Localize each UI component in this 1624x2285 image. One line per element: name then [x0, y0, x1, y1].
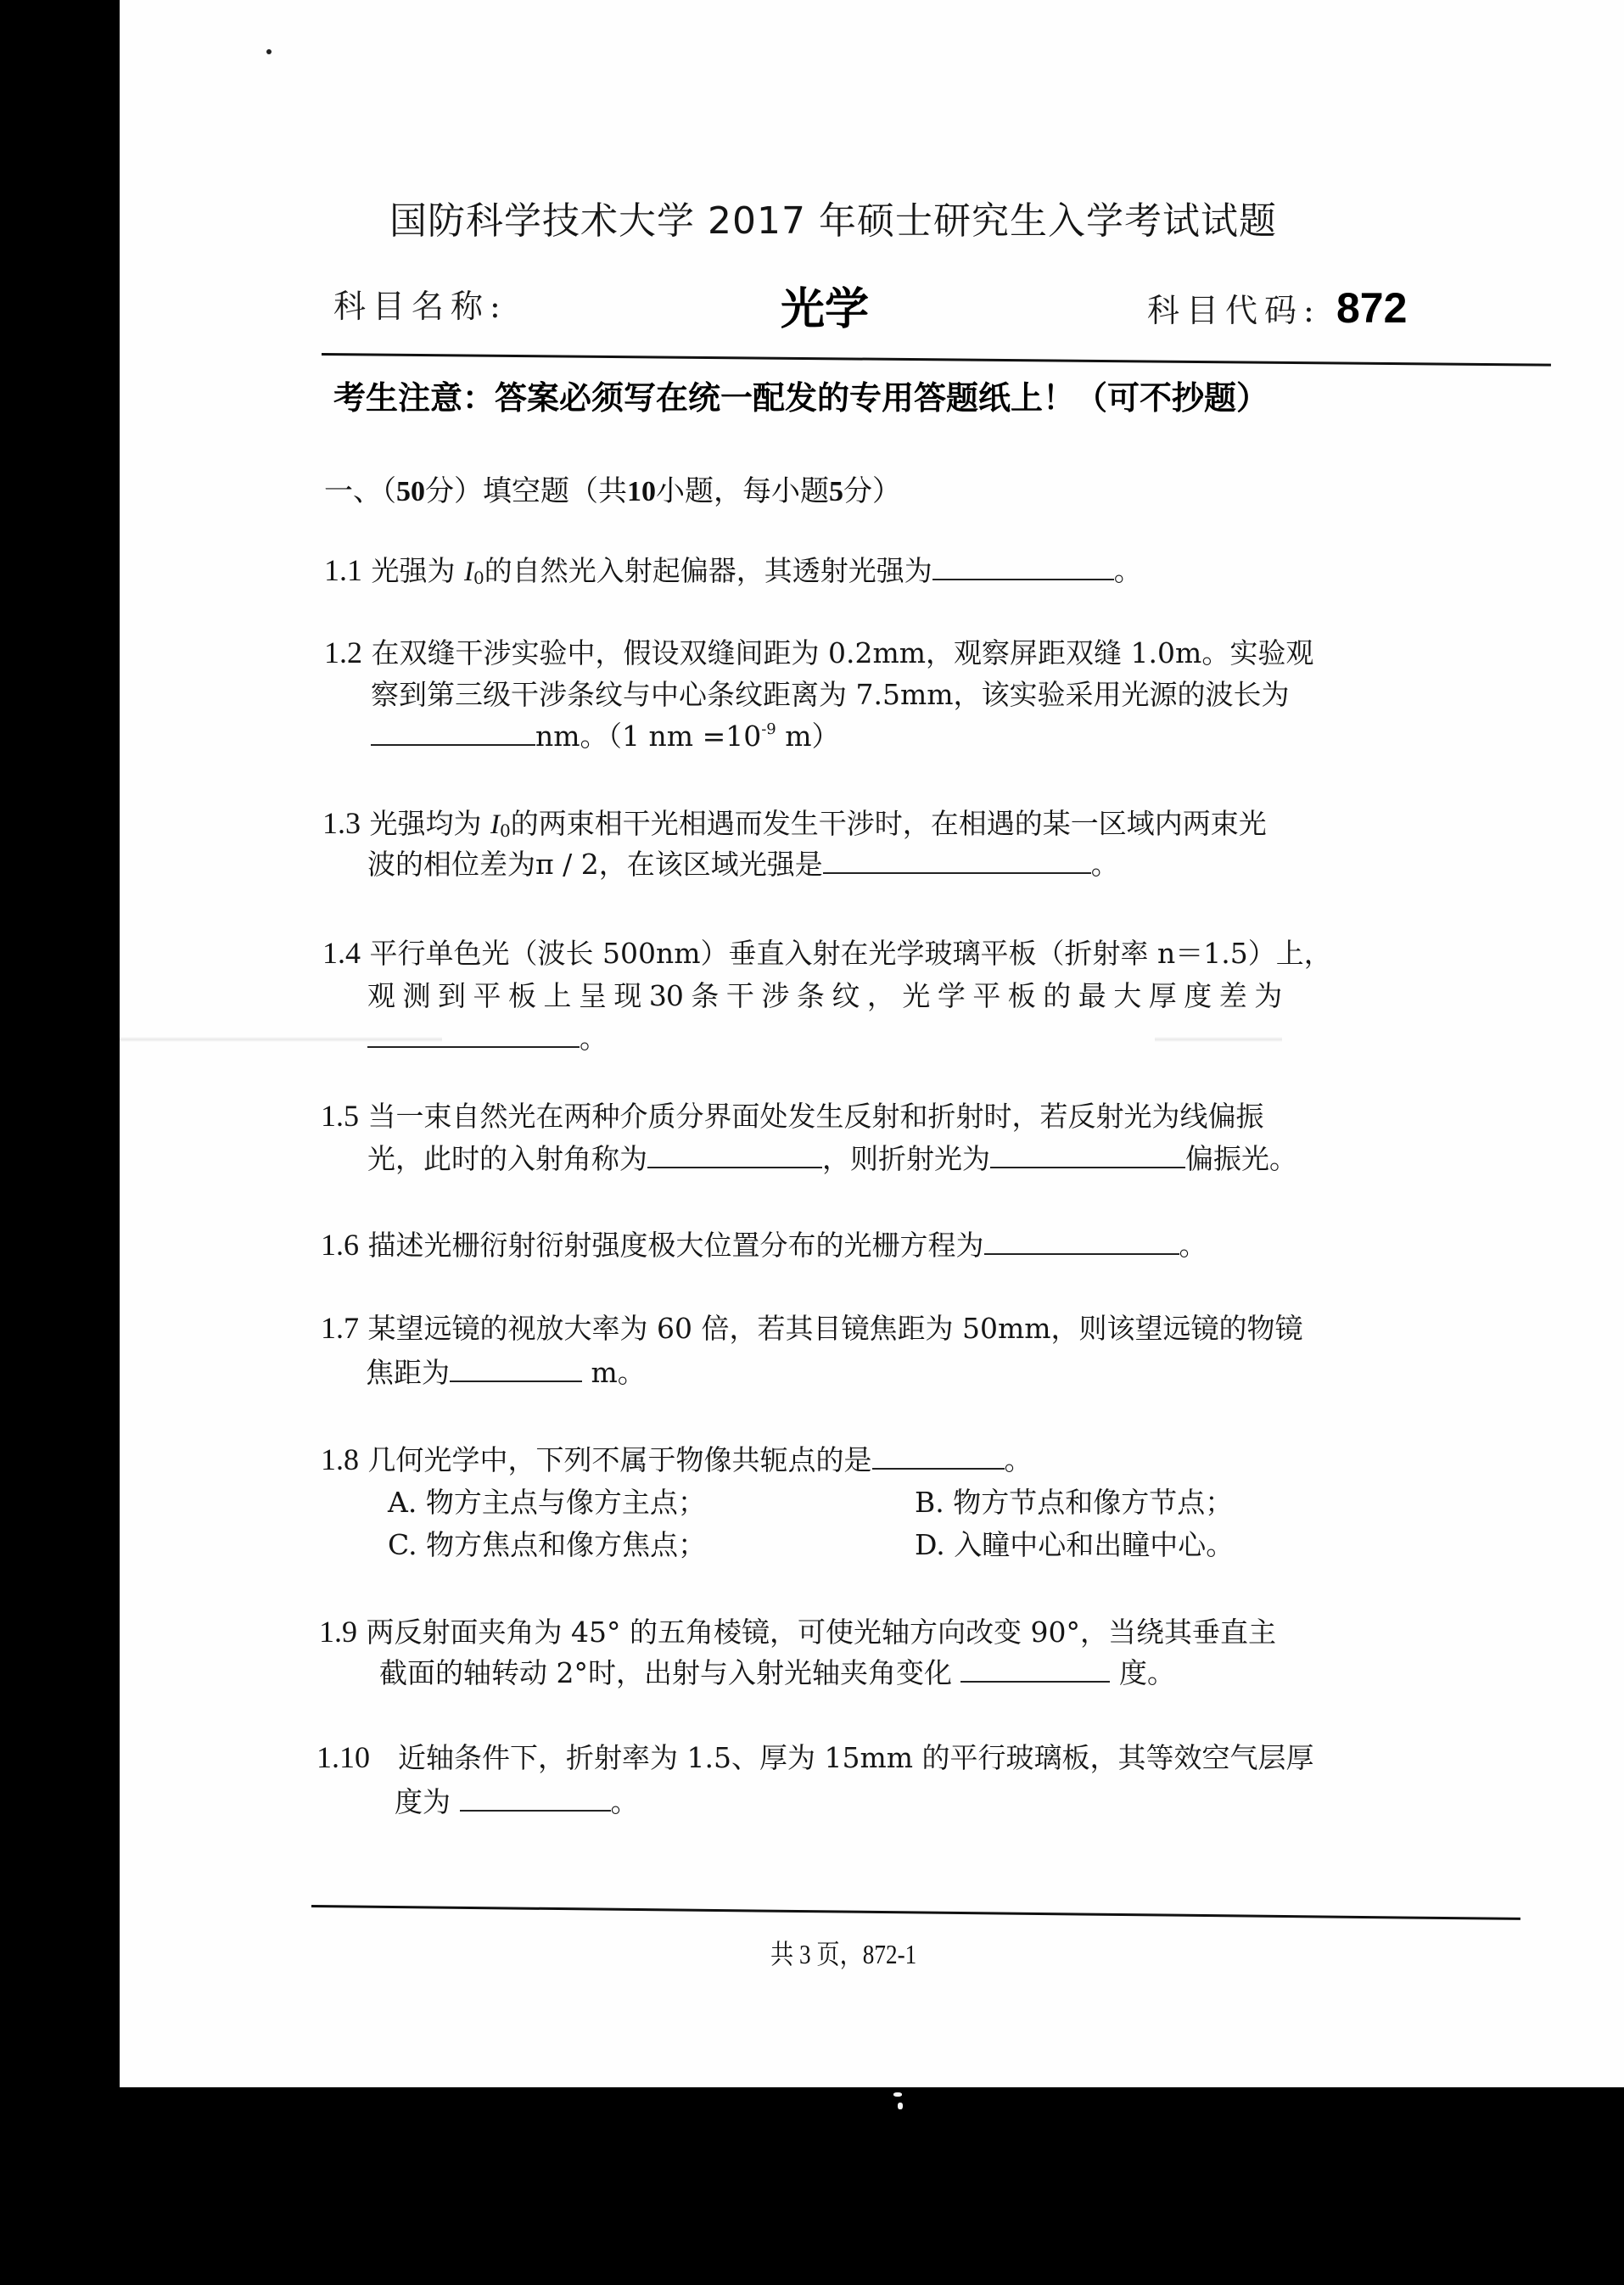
exam-title: 国防科学技术大学 2017 年硕士研究生入学考试试题: [389, 190, 1277, 244]
question-text: 在双缝干涉实验中，假设双缝间距为 0.2mm，观察屏距双缝 1.0m。实验观: [372, 636, 1314, 669]
question-text: 近轴条件下，折射率为 1.5、厚为 15mm 的平行玻璃板，其等效空气层厚: [398, 1741, 1314, 1774]
question-1-2-line-3: nm。（1 nm =10-9 m）: [371, 714, 840, 754]
question-1-1: 1.1 光强为 I0的自然光入射起偏器，其透射光强为。: [324, 549, 1142, 589]
question-text: 某望远镜的视放大率为 60 倍，若其目镜焦距为 50mm，则该望远镜的物镜: [368, 1312, 1303, 1345]
question-text: 当一束自然光在两种介质分界面处发生反射和折射时，若反射光为线偏振: [368, 1100, 1264, 1133]
question-1-3-line-1: 1.3 光强均为 I0的两束相干光相遇而发生干涉时，在相遇的某一区域内两束光: [322, 802, 1267, 842]
subject-name: 光学: [781, 273, 869, 337]
answer-blank[interactable]: [990, 1141, 1185, 1168]
question-text: 偏振光。: [1185, 1142, 1297, 1175]
question-text: 。: [1091, 848, 1119, 881]
question-1-9-line-1: 1.9 两反射面夹角为 45° 的五角棱镜，可使光轴方向改变 90°，当绕其垂直…: [319, 1610, 1276, 1650]
question-text: 的两束相干光相遇而发生干涉时，在相遇的某一区域内两束光: [511, 807, 1267, 840]
scan-speck: [266, 49, 272, 54]
option-b: B. 物方节点和像方节点；: [915, 1481, 1233, 1521]
option-text: 物方主点与像方主点；: [426, 1486, 706, 1519]
question-1-2-line-1: 1.2 在双缝干涉实验中，假设双缝间距为 0.2mm，观察屏距双缝 1.0m。实…: [324, 631, 1313, 671]
question-1-10-line-2: 度为 。: [395, 1780, 639, 1820]
question-text: 光，此时的入射角称为: [367, 1142, 647, 1175]
option-label: A.: [388, 1486, 417, 1519]
answer-blank[interactable]: [984, 1228, 1179, 1255]
option-label: B.: [915, 1486, 944, 1519]
question-text: 截面的轴转动 2°时，出射与入射光轴夹角变化: [379, 1656, 960, 1689]
math-variable: I: [464, 557, 473, 587]
question-number: 1.8: [321, 1442, 359, 1477]
answer-blank[interactable]: [823, 847, 1091, 874]
question-text: 几何光学中，下列不属于物像共轭点的是: [368, 1443, 872, 1476]
code-value: 872: [1336, 283, 1407, 333]
math-superscript: -9: [761, 720, 776, 738]
question-text: m。: [582, 1356, 646, 1389]
code-label: 科目代码:: [1147, 284, 1321, 331]
answer-blank[interactable]: [960, 1655, 1110, 1683]
question-text: 。: [1179, 1229, 1207, 1262]
question-1-2-line-2: 察到第三级干涉条纹与中心条纹距离为 7.5mm，该实验采用光源的波长为: [371, 673, 1290, 713]
question-1-10-line-1: 1.10近轴条件下，折射率为 1.5、厚为 15mm 的平行玻璃板，其等效空气层…: [316, 1736, 1314, 1776]
math-subscript: 0: [500, 820, 511, 841]
section-middle2: 小题，每小题: [656, 474, 829, 508]
question-1-4-line-1: 1.4 平行单色光（波长 500nm）垂直入射在光学玻璃平板（折射率 n＝1.5…: [322, 932, 1332, 972]
section-suffix: 分）: [843, 474, 901, 508]
option-a: A. 物方主点与像方主点；: [388, 1481, 706, 1521]
question-text: 度。: [1110, 1656, 1175, 1689]
option-label: C.: [388, 1528, 417, 1561]
question-number: 1.1: [324, 552, 362, 588]
question-1-5-line-2: 光，此时的入射角称为，则折射光为偏振光。: [367, 1137, 1297, 1177]
fold-crease: [1155, 1037, 1282, 1042]
math-variable: I: [490, 809, 500, 840]
section-count: 10: [627, 476, 656, 507]
question-number: 1.5: [321, 1098, 359, 1134]
subject-label: 科目名称:: [333, 280, 507, 327]
question-text: 的自然光入射起偏器，其透射光强为: [484, 554, 932, 587]
question-text: m）: [776, 720, 840, 753]
question-text: 。: [1114, 554, 1142, 587]
answer-blank[interactable]: [371, 719, 535, 746]
question-number: 1.3: [322, 805, 361, 841]
notice-text: 考生注意：答案必须写在统一配发的专用答题纸上！（可不抄题）: [333, 372, 1268, 418]
question-text: 两反射面夹角为 45° 的五角棱镜，可使光轴方向改变 90°，当绕其垂直主: [367, 1616, 1276, 1649]
question-number: 1.4: [322, 935, 361, 971]
question-text: 。: [611, 1785, 639, 1818]
answer-blank[interactable]: [460, 1784, 611, 1812]
option-label: D.: [915, 1528, 945, 1561]
question-number: 1.6: [321, 1227, 359, 1263]
option-c: C. 物方焦点和像方焦点；: [388, 1523, 706, 1563]
question-text: 光强为: [372, 554, 465, 587]
question-text: 平行单色光（波长 500nm）垂直入射在光学玻璃平板（折射率 n＝1.5）上，: [370, 937, 1332, 970]
section-heading: 一、（50分）填空题（共10小题，每小题5分）: [324, 468, 901, 509]
question-1-6: 1.6 描述光栅衍射衍射强度极大位置分布的光栅方程为。: [321, 1224, 1207, 1263]
section-middle: 分）填空题（共: [425, 474, 627, 508]
question-number: 1.7: [321, 1310, 359, 1346]
answer-blank[interactable]: [932, 553, 1114, 580]
question-number: 1.10: [316, 1739, 398, 1775]
option-text: 入瞳中心和出瞳中心。: [954, 1528, 1234, 1561]
question-1-4-line-3: 。: [367, 1016, 608, 1056]
question-1-4-line-2: 观 测 到 平 板 上 呈 现 30 条 干 涉 条 纹 ， 光 学 平 板 的…: [367, 974, 1281, 1014]
question-text: nm。（1 nm =10: [535, 720, 761, 753]
section-each: 5: [829, 476, 843, 507]
option-d: D. 入瞳中心和出瞳中心。: [915, 1523, 1234, 1563]
answer-blank[interactable]: [367, 1021, 580, 1048]
question-1-7-line-2: 焦距为 m。: [366, 1351, 646, 1391]
scan-artifact: [898, 2103, 903, 2109]
option-text: 物方节点和像方节点；: [953, 1486, 1233, 1519]
question-1-5-line-1: 1.5 当一束自然光在两种介质分界面处发生反射和折射时，若反射光为线偏振: [321, 1095, 1264, 1134]
scan-artifact: [893, 2092, 902, 2097]
question-text: 。: [1005, 1443, 1033, 1476]
answer-blank[interactable]: [872, 1442, 1005, 1470]
question-1-9-line-2: 截面的轴转动 2°时，出射与入射光轴夹角变化 度。: [379, 1651, 1175, 1691]
header-rule: [322, 353, 1551, 367]
math-subscript: 0: [473, 568, 484, 588]
question-number: 1.2: [324, 635, 362, 670]
question-1-7-line-1: 1.7 某望远镜的视放大率为 60 倍，若其目镜焦距为 50mm，则该望远镜的物…: [321, 1307, 1303, 1347]
question-text: 波的相位差为π / 2，在该区域光强是: [367, 848, 823, 881]
question-text: 描述光栅衍射衍射强度极大位置分布的光栅方程为: [368, 1229, 984, 1262]
section-prefix: 一、（: [324, 474, 396, 508]
option-text: 物方焦点和像方焦点；: [426, 1528, 706, 1561]
question-text: 焦距为: [366, 1356, 450, 1389]
question-text: ，则折射光为: [822, 1142, 990, 1175]
section-points: 50: [396, 476, 425, 507]
exam-page: 国防科学技术大学 2017 年硕士研究生入学考试试题 科目名称: 光学 科目代码…: [120, 0, 1624, 2087]
footer-rule: [311, 1905, 1520, 1920]
question-number: 1.9: [319, 1614, 357, 1649]
question-1-3-line-2: 波的相位差为π / 2，在该区域光强是。: [367, 843, 1119, 882]
question-1-8: 1.8 几何光学中，下列不属于物像共轭点的是。: [321, 1438, 1033, 1478]
answer-blank[interactable]: [647, 1141, 822, 1168]
page-footer: 共 3 页，872-1: [770, 1933, 916, 1972]
answer-blank[interactable]: [450, 1355, 582, 1382]
question-text: 。: [580, 1022, 608, 1055]
question-text: 度为: [395, 1785, 460, 1818]
question-text: 光强均为: [370, 807, 491, 840]
